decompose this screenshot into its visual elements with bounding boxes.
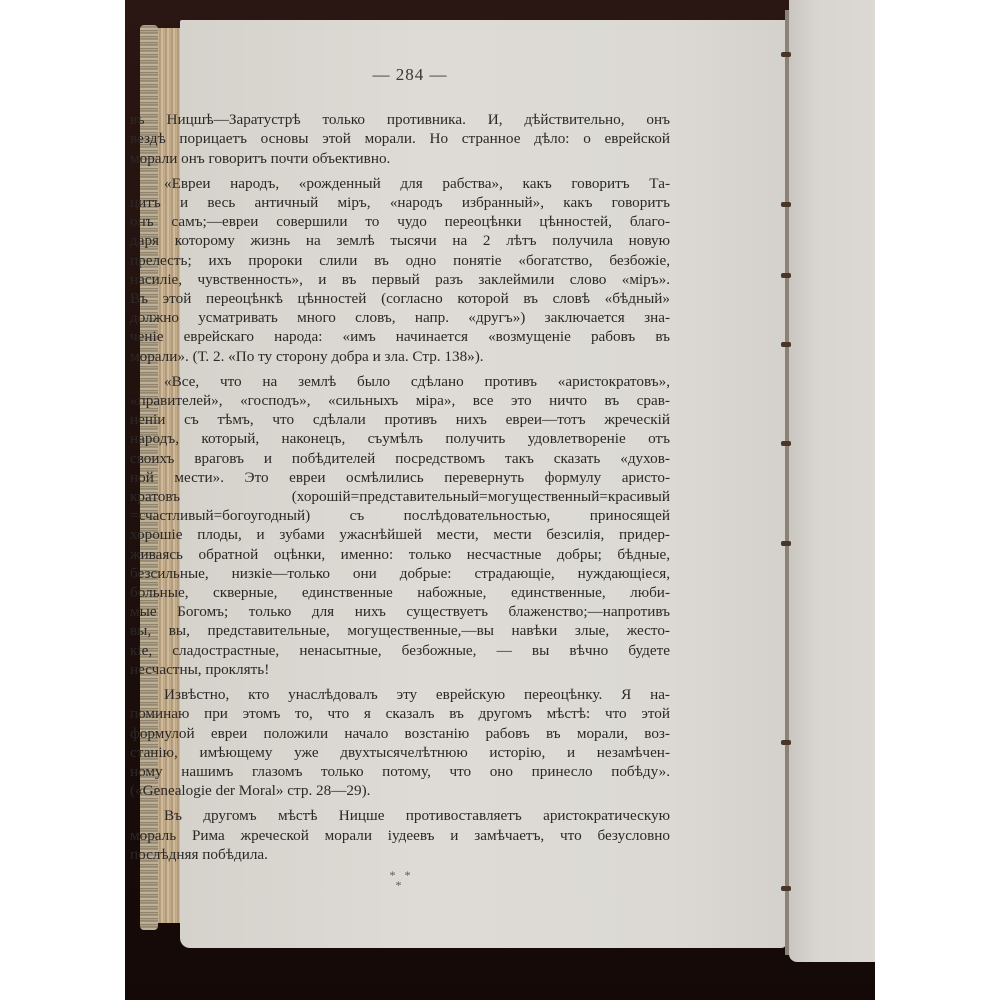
text-line: мораль Рима жреческой морали іудеевъ и з… — [130, 826, 670, 845]
binding-stitch — [781, 52, 791, 57]
text-line: ченіе еврейскаго народа: «имъ начинается… — [130, 327, 670, 346]
text-line: въ Ницшѣ—Заратустрѣ только противника. И… — [130, 110, 670, 129]
text-line: «Евреи народъ, «рожденный для рабства», … — [130, 174, 670, 193]
text-line: неніи съ тѣмъ, что сдѣлали противъ нихъ … — [130, 410, 670, 429]
text-line: насиліе, чувственность», и въ первый раз… — [130, 270, 670, 289]
text-line: Въ этой переоцѣнкѣ цѣнностей (согласно к… — [130, 289, 670, 308]
text-line: несчастны, проклять! — [130, 660, 670, 679]
paragraph: «Все, что на землѣ было сдѣлано противъ … — [130, 372, 670, 679]
text-line: вы, вы, представительные, могущественные… — [130, 621, 670, 640]
text-line: кіе, сладострастные, ненасытные, безбожн… — [130, 641, 670, 660]
text-line: ному нашимъ глазомъ только потому, что о… — [130, 762, 670, 781]
book-gutter — [785, 10, 789, 955]
text-line: («Genealogie der Moral» стр. 28—29). — [130, 781, 670, 800]
text-line: даря которому жизнь на землѣ тысячи на 2… — [130, 231, 670, 250]
text-line: «правителей», «господъ», «сильныхъ міра»… — [130, 391, 670, 410]
text-line: мые Богомъ; только для нихъ существуетъ … — [130, 602, 670, 621]
text-line: безсильные, низкіе—только они добрые: ст… — [130, 564, 670, 583]
text-line: морали». (Т. 2. «По ту сторону добра и з… — [130, 347, 670, 366]
right-page — [789, 0, 875, 962]
page-text: — 284 — въ Ницшѣ—Заратустрѣ только проти… — [130, 65, 670, 890]
text-line: цитъ и весь античный міръ, «народъ избра… — [130, 193, 670, 212]
text-line: вездѣ порицаетъ основы этой морали. Но с… — [130, 129, 670, 148]
page-number: — 284 — — [150, 65, 670, 84]
section-break-asterisks: * * * — [390, 870, 411, 890]
binding-stitch — [781, 886, 791, 891]
text-line: своихъ враговъ и побѣдителей посредством… — [130, 449, 670, 468]
binding-stitch — [781, 342, 791, 347]
binding-stitch — [781, 441, 791, 446]
text-line: онъ самъ;—евреи совершили то чудо переоц… — [130, 212, 670, 231]
text-line: =счастливый=богоугодный) съ послѣдовател… — [130, 506, 670, 525]
text-line: станію, имѣющему уже двухтысячелѣтнюю ис… — [130, 743, 670, 762]
text-line: хорошіе плоды, и зубами ужаснѣйшей мести… — [130, 525, 670, 544]
text-line: Извѣстно, кто унаслѣдовалъ эту еврейскую… — [130, 685, 670, 704]
text-line: должно усматривать много словъ, напр. «д… — [130, 308, 670, 327]
text-line: народъ, который, наконецъ, съумѣлъ получ… — [130, 429, 670, 448]
text-line: больные, скверные, единственные набожные… — [130, 583, 670, 602]
paragraphs: въ Ницшѣ—Заратустрѣ только противника. И… — [130, 110, 670, 864]
binding-stitch — [781, 202, 791, 207]
section-break: * * * — [130, 870, 670, 890]
text-line: послѣдняя побѣдила. — [130, 845, 670, 864]
text-line: морали онъ говоритъ почти объективно. — [130, 149, 670, 168]
paragraph: «Евреи народъ, «рожденный для рабства», … — [130, 174, 670, 366]
text-line: кратовъ (хорошій=представительный=могуще… — [130, 487, 670, 506]
text-line: живаясь обратной оцѣнки, именно: только … — [130, 545, 670, 564]
binding-stitch — [781, 740, 791, 745]
paragraph: въ Ницшѣ—Заратустрѣ только противника. И… — [130, 110, 670, 168]
text-line: Въ другомъ мѣстѣ Ницше противоставляетъ … — [130, 806, 670, 825]
text-line: «Все, что на землѣ было сдѣлано противъ … — [130, 372, 670, 391]
paragraph: Въ другомъ мѣстѣ Ницше противоставляетъ … — [130, 806, 670, 864]
text-line: формулой евреи положили начало возстанію… — [130, 724, 670, 743]
text-line: ной мести». Это евреи осмѣлились перевер… — [130, 468, 670, 487]
paragraph: Извѣстно, кто унаслѣдовалъ эту еврейскую… — [130, 685, 670, 800]
text-line: прелесть; ихъ пророки слили въ одно поня… — [130, 251, 670, 270]
binding-stitch — [781, 541, 791, 546]
text-line: поминаю при этомъ то, что я сказалъ въ д… — [130, 704, 670, 723]
binding-stitch — [781, 273, 791, 278]
